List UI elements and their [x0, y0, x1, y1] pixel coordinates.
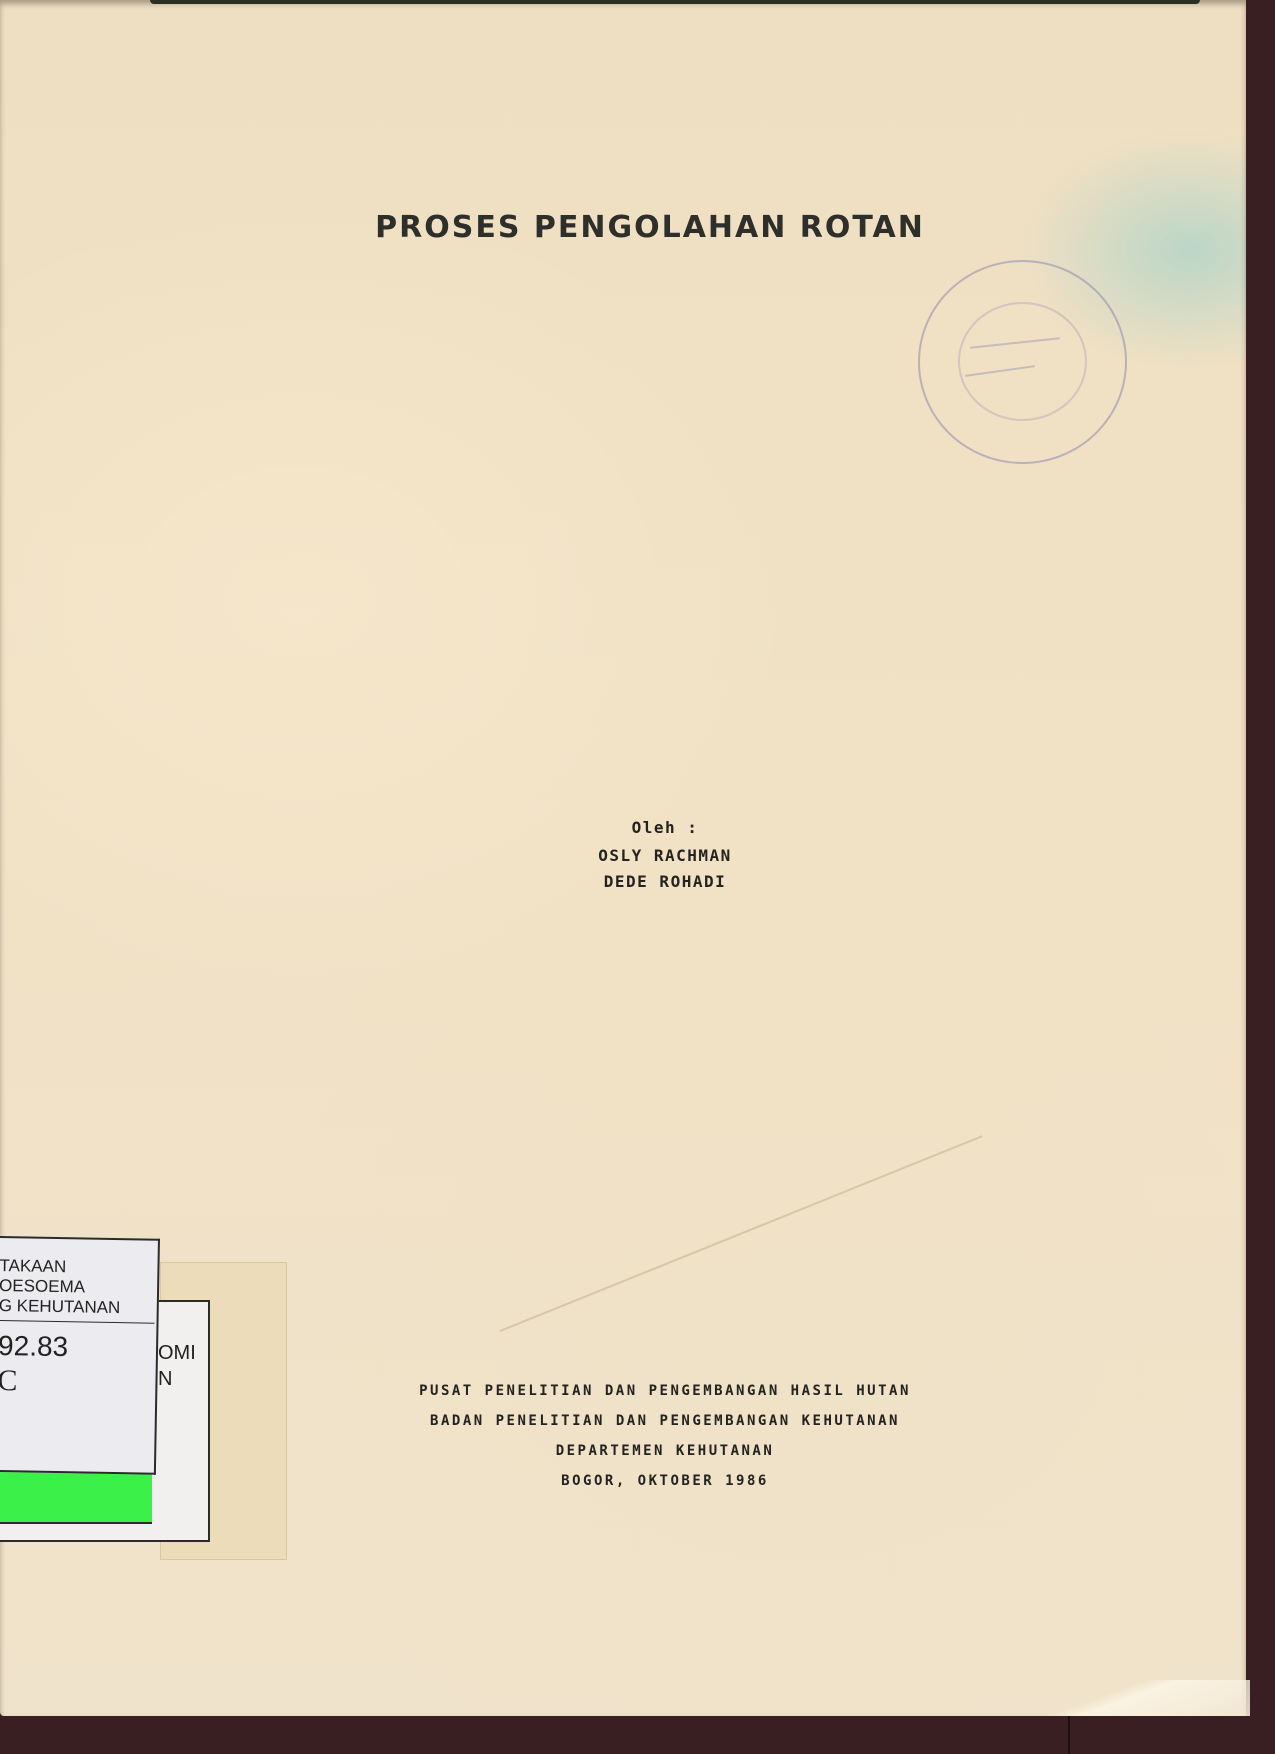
library-name-line: OESOEMA	[0, 1276, 155, 1299]
background-seam	[1068, 1716, 1070, 1754]
call-number: 92.83	[0, 1330, 68, 1363]
call-letter: C	[0, 1364, 18, 1398]
corner-fold	[1010, 1680, 1250, 1716]
library-stamp	[918, 260, 1127, 464]
document-title: PROSES PENGOLAHAN ROTAN	[0, 210, 1275, 245]
back-label-text: N	[158, 1368, 172, 1391]
top-edge-shadow	[150, 0, 1200, 4]
stamp-inner-ring	[958, 302, 1087, 421]
library-call-number-label: TAKAAN OESOEMA G KEHUTANAN 92.83 C	[0, 1236, 160, 1475]
library-color-strip	[0, 1467, 152, 1524]
byline-label: Oleh :	[0, 818, 1275, 837]
library-name-line: G KEHUTANAN	[0, 1296, 155, 1319]
author-name: OSLY RACHMAN	[0, 846, 1275, 865]
library-name-line: TAKAAN	[0, 1256, 156, 1279]
paper-crease	[500, 1135, 983, 1332]
author-name: DEDE ROHADI	[0, 872, 1275, 891]
library-label-header: TAKAAN OESOEMA G KEHUTANAN	[0, 1256, 156, 1324]
book-cover-page: PROSES PENGOLAHAN ROTAN Oleh : OSLY RACH…	[0, 0, 1246, 1716]
back-label-text: OMI	[158, 1342, 196, 1365]
